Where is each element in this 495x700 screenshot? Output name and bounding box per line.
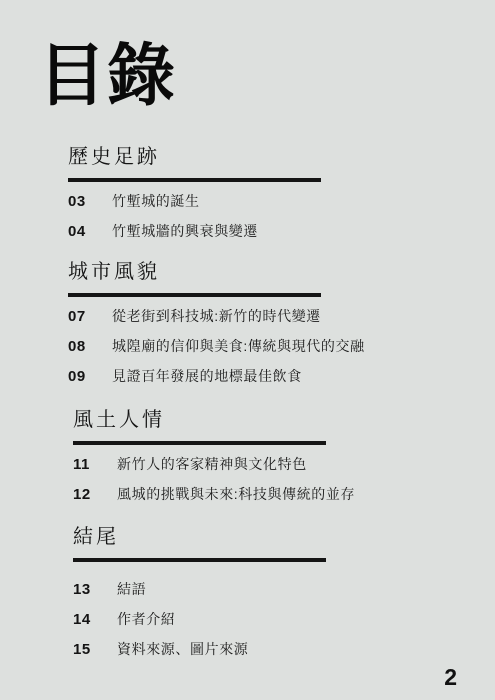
toc-entry: 12 風城的挑戰與未來:科技與傳統的並存: [73, 479, 355, 509]
section-title: 歷史足跡: [68, 143, 321, 171]
toc-entry: 09 見證百年發展的地標最佳飲食: [68, 361, 365, 391]
entry-title: 從老街到科技城:新竹的時代變遷: [112, 306, 321, 326]
section-local-culture: 風土人情 11 新竹人的客家精神與文化特色 12 風城的挑戰與未來:科技與傳統的…: [73, 406, 355, 509]
entry-page-ref: 07: [68, 308, 112, 325]
entry-page-ref: 03: [68, 193, 112, 210]
entry-title: 城隍廟的信仰與美食:傳統與現代的交融: [112, 336, 365, 356]
toc-entry: 15 資料來源、圖片來源: [73, 634, 326, 664]
entry-page-ref: 15: [73, 641, 117, 658]
section-divider: [68, 293, 321, 297]
entry-page-ref: 09: [68, 368, 112, 385]
section-cityscape: 城市風貌 07 從老街到科技城:新竹的時代變遷 08 城隍廟的信仰與美食:傳統與…: [68, 258, 365, 391]
entry-page-ref: 12: [73, 486, 117, 503]
section-entries: 13 結語 14 作者介紹 15 資料來源、圖片來源: [73, 574, 326, 664]
section-title: 城市風貌: [68, 258, 365, 286]
section-ending: 結尾 13 結語 14 作者介紹 15 資料來源、圖片來源: [73, 523, 326, 664]
entry-page-ref: 14: [73, 611, 117, 628]
entry-page-ref: 11: [73, 456, 117, 473]
entry-title: 風城的挑戰與未來:科技與傳統的並存: [117, 484, 355, 504]
entry-page-ref: 13: [73, 581, 117, 598]
section-entries: 11 新竹人的客家精神與文化特色 12 風城的挑戰與未來:科技與傳統的並存: [73, 449, 355, 509]
toc-entry: 14 作者介紹: [73, 604, 326, 634]
page-number: 2: [444, 664, 457, 691]
section-divider: [73, 441, 326, 445]
entry-title: 見證百年發展的地標最佳飲食: [112, 366, 302, 386]
toc-entry: 07 從老街到科技城:新竹的時代變遷: [68, 301, 365, 331]
entry-title: 資料來源、圖片來源: [117, 639, 248, 659]
toc-entry: 04 竹塹城牆的興衰與變遷: [68, 216, 321, 246]
toc-entry: 08 城隍廟的信仰與美食:傳統與現代的交融: [68, 331, 365, 361]
entry-page-ref: 04: [68, 223, 112, 240]
entry-title: 竹塹城的誕生: [112, 191, 200, 211]
section-divider: [68, 178, 321, 182]
entry-title: 竹塹城牆的興衰與變遷: [112, 221, 258, 241]
section-history: 歷史足跡 03 竹塹城的誕生 04 竹塹城牆的興衰與變遷: [68, 143, 321, 246]
entry-title: 新竹人的客家精神與文化特色: [117, 454, 307, 474]
section-title: 結尾: [73, 523, 326, 551]
section-entries: 03 竹塹城的誕生 04 竹塹城牆的興衰與變遷: [68, 186, 321, 246]
toc-entry: 03 竹塹城的誕生: [68, 186, 321, 216]
entry-title: 結語: [117, 579, 146, 599]
entry-title: 作者介紹: [117, 609, 175, 629]
section-title: 風土人情: [73, 406, 355, 434]
toc-entry: 13 結語: [73, 574, 326, 604]
section-divider: [73, 558, 326, 562]
page-title: 目錄: [38, 42, 176, 111]
toc-page: 目錄 歷史足跡 03 竹塹城的誕生 04 竹塹城牆的興衰與變遷 城市風貌 07 …: [0, 0, 495, 700]
section-entries: 07 從老街到科技城:新竹的時代變遷 08 城隍廟的信仰與美食:傳統與現代的交融…: [68, 301, 365, 391]
toc-entry: 11 新竹人的客家精神與文化特色: [73, 449, 355, 479]
entry-page-ref: 08: [68, 338, 112, 355]
